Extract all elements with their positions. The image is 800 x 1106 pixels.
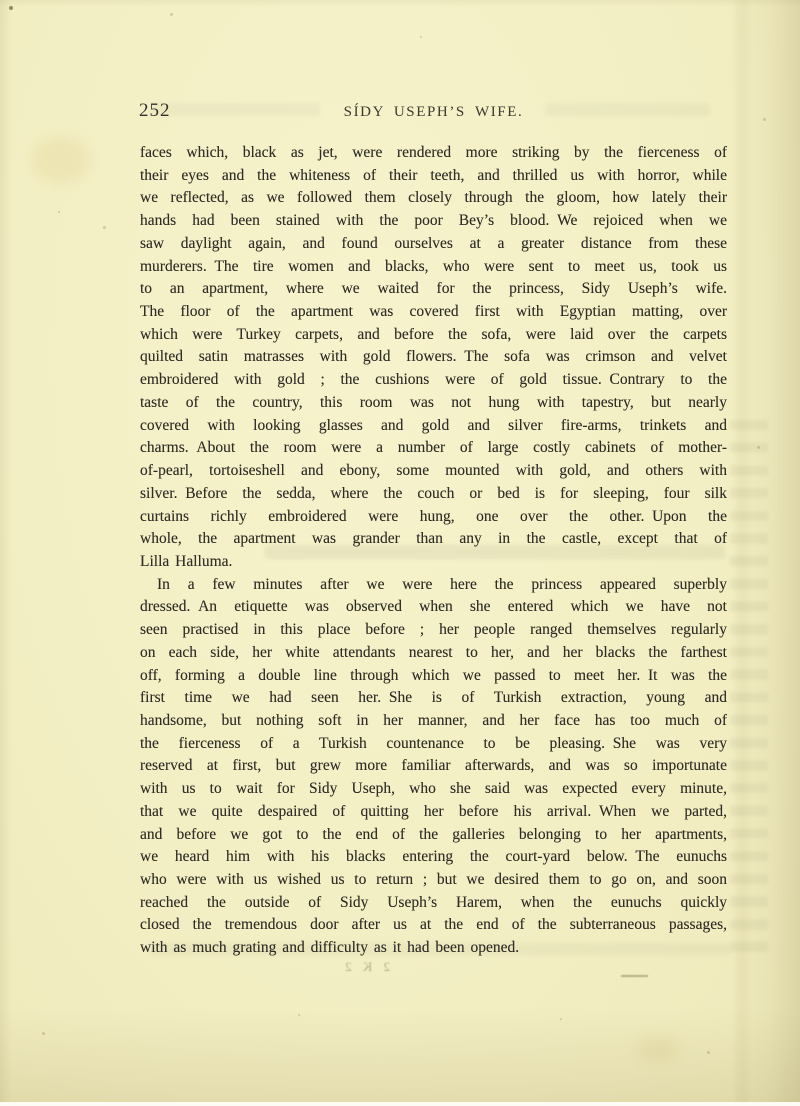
text-line: which were Turkey carpets, and before th…: [140, 324, 727, 347]
text-line: dressed. An etiquette was observed when …: [140, 596, 727, 619]
text-line: handsome, but nothing soft in her manner…: [140, 710, 727, 733]
text-line: of-pearl, tortoiseshell and ebony, some …: [140, 460, 727, 483]
text-line: faces which, black as jet, were rendered…: [140, 142, 727, 165]
text-line: quilted satin matrasses with gold flower…: [140, 346, 727, 369]
foxing-spot: [707, 1051, 710, 1054]
running-header: SÍDY USEPH’S WIFE.: [140, 104, 727, 121]
foxing-spot: [58, 211, 60, 213]
text-line: who were with us wished us to return ; b…: [140, 869, 727, 892]
text-line: murderers. The tire women and blacks, wh…: [140, 256, 727, 279]
paragraph: In a few minutes after we were here the …: [140, 574, 727, 960]
foxing-spot: [763, 118, 766, 121]
text-line: covered with looking glasses and gold an…: [140, 415, 727, 438]
text-line: closed the tremendous door after us at t…: [140, 914, 727, 937]
showthrough-signature-mark: 2 K 2: [330, 959, 390, 975]
page-edge-right-shadow: [730, 0, 800, 1106]
page-crease: [736, 0, 748, 1106]
text-line: seen practised in this place before ; he…: [140, 619, 727, 642]
paragraph: faces which, black as jet, were rendered…: [140, 142, 727, 574]
foxing-spot: [560, 1018, 562, 1020]
scan-bottom-strip: [0, 1102, 800, 1106]
text-line: reached the outside of Sidy Useph’s Hare…: [140, 892, 727, 915]
text-line: whole, the apartment was grander than an…: [140, 528, 727, 551]
body-text: faces which, black as jet, were rendered…: [140, 142, 727, 960]
text-line: on each side, her white attendants neare…: [140, 642, 727, 665]
text-line: reserved at first, but grew more familia…: [140, 755, 727, 778]
foxing-spot: [9, 6, 13, 10]
page-edge-top-shadow: [0, 0, 800, 7]
text-line: off, forming a double line through which…: [140, 665, 727, 688]
foxing-spot: [298, 1014, 300, 1016]
text-line: their eyes and the whiteness of their te…: [140, 165, 727, 188]
text-line: hands had been stained with the poor Bey…: [140, 210, 727, 233]
foxing-stain: [636, 1036, 680, 1062]
text-line: the fierceness of a Turkish countenance …: [140, 733, 727, 756]
text-line: with us to wait for Sidy Useph, who she …: [140, 778, 727, 801]
foxing-spot: [757, 446, 760, 449]
text-line: with as much grating and difficulty as i…: [140, 937, 727, 960]
text-line: embroidered with gold ; the cushions wer…: [140, 369, 727, 392]
text-line: that we quite despaired of quitting her …: [140, 801, 727, 824]
text-line: curtains richly embroidered were hung, o…: [140, 506, 727, 529]
foxing-spot: [42, 1032, 45, 1035]
text-line: Lilla Halluma.: [140, 551, 727, 574]
foxing-spot: [103, 226, 106, 229]
text-line: charms. About the room were a number of …: [140, 437, 727, 460]
text-line: and before we got to the end of the gall…: [140, 824, 727, 847]
text-line: In a few minutes after we were here the …: [140, 574, 727, 597]
text-line: first time we had seen her. She is of Tu…: [140, 687, 727, 710]
scanned-book-page: { "page": { "number": "252", "running_ti…: [0, 0, 800, 1106]
page-edge-bottom-shadow: [0, 1007, 800, 1102]
text-line: we heard him with his blacks entering th…: [140, 846, 727, 869]
foxing-spot: [170, 13, 173, 16]
text-line: silver. Before the sedda, where the couc…: [140, 483, 727, 506]
text-line: The floor of the apartment was covered f…: [140, 301, 727, 324]
showthrough-rule: [621, 975, 648, 977]
text-line: saw daylight again, and found ourselves …: [140, 233, 727, 256]
text-line: to an apartment, where we waited for the…: [140, 278, 727, 301]
foxing-stain: [32, 136, 90, 184]
showthrough-right-margin: [730, 420, 768, 965]
text-line: taste of the country, this room was not …: [140, 392, 727, 415]
foxing-spot: [420, 36, 422, 38]
page-edge-left-shadow: [0, 0, 12, 1106]
text-line: we reflected, as we followed them closel…: [140, 187, 727, 210]
